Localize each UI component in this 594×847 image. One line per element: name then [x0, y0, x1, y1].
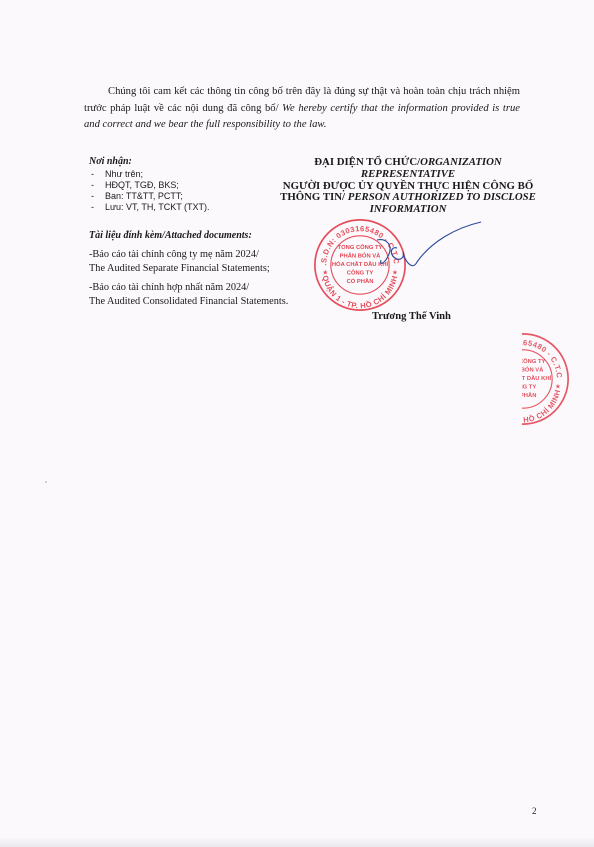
attached-document-item: -Báo cáo tài chính công ty mẹ năm 2024/ …: [89, 248, 289, 277]
svg-text:TỔNG CÔNG TY: TỔNG CÔNG TY: [501, 357, 546, 365]
scan-artifact: [45, 481, 47, 483]
svg-text:CỔ PHẦN: CỔ PHẦN: [347, 278, 374, 285]
recipient-item: -Như trên;: [89, 169, 289, 180]
recipient-item: -Lưu: VT, TH, TCKT (TXT).: [89, 202, 289, 213]
edge-seal-icon: M.S.D.N: 0303165480 - C.T.C.P QUẬN 1 - T…: [476, 332, 570, 426]
svg-text:CÔNG TY: CÔNG TY: [510, 382, 537, 390]
recipient-item: -Ban: TT&TT, PCTT;: [89, 191, 289, 202]
attached-document-item: -Báo cáo tài chính hợp nhất năm 2024/ Th…: [89, 281, 289, 310]
recipient-item: -HĐQT, TGĐ, BKS;: [89, 180, 289, 191]
attached-heading: Tài liệu đính kèm/Attached documents:: [89, 229, 289, 244]
recipients-heading: Nơi nhận:: [89, 156, 289, 168]
page-number: 2: [532, 806, 537, 816]
signer-name: Trương Thế Vinh: [372, 311, 451, 322]
svg-text:M.S.D.N: 0303165480 - C.T.C.P: M.S.D.N: 0303165480 - C.T.C.P: [476, 332, 564, 380]
svg-text:★: ★: [555, 382, 561, 390]
authorized-person: NGƯỜI ĐƯỢC ỦY QUYỀN THỰC HIỆN CÔNG BỐ TH…: [272, 181, 544, 216]
svg-text:CÔNG TY: CÔNG TY: [347, 268, 374, 276]
organization-representative: ĐẠI DIỆN TỔ CHỨC/ORGANIZATION REPRESENTA…: [272, 157, 544, 181]
recipients-list: -Như trên; -HĐQT, TGĐ, BKS; -Ban: TT&TT,…: [89, 169, 289, 214]
signature-icon: [375, 220, 485, 280]
svg-text:CỔ PHẦN: CỔ PHẦN: [510, 392, 537, 399]
commitment-paragraph: Chúng tôi cam kết các thông tin công bố …: [84, 84, 520, 134]
svg-text:★: ★: [322, 268, 328, 276]
attached-documents-section: Tài liệu đính kèm/Attached documents: -B…: [89, 229, 289, 314]
document-page: Chúng tôi cam kết các thông tin công bố …: [0, 0, 594, 847]
svg-text:HÓA CHẤT DẦU KHÍ: HÓA CHẤT DẦU KHÍ: [495, 374, 552, 382]
page-bottom-edge: [0, 837, 594, 847]
recipients-section: Nơi nhận: -Như trên; -HĐQT, TGĐ, BKS; -B…: [89, 156, 289, 214]
signatory-title: ĐẠI DIỆN TỔ CHỨC/ORGANIZATION REPRESENTA…: [272, 157, 544, 216]
svg-text:PHÂN BÓN VÀ: PHÂN BÓN VÀ: [503, 365, 544, 373]
